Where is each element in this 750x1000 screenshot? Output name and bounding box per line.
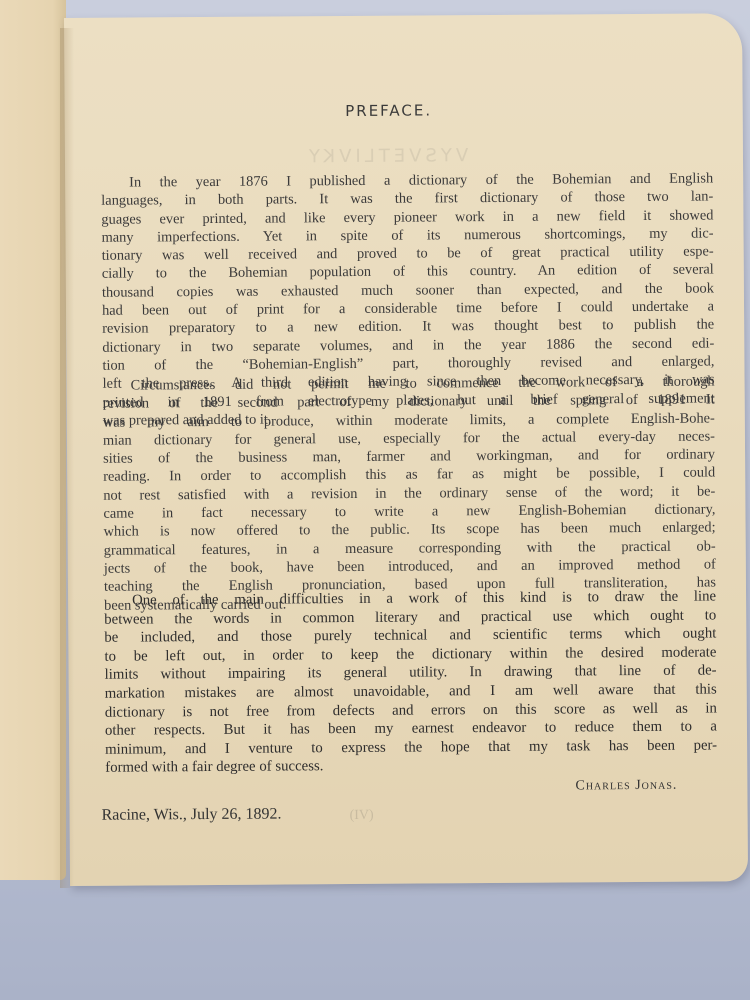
page-number: (IV): [350, 808, 374, 824]
paragraph-2: Circumstances did not permit me to comme…: [103, 372, 717, 614]
left-page-edge: [0, 0, 66, 880]
show-through-title: VYSVETLIVKY: [305, 145, 468, 167]
dateline: Racine, Wis., July 26, 1892.: [102, 806, 282, 825]
book-gutter: [60, 28, 74, 888]
book-page: PREFACE. VYSVETLIVKY In the year 1876 I …: [64, 13, 748, 886]
paragraph-3: One of the main difficulties in a work o…: [104, 587, 717, 777]
page-title: PREFACE.: [269, 101, 509, 121]
author-signature: Charles Jonas.: [575, 778, 677, 795]
text-line: formed with a fair degree of success.: [105, 755, 717, 778]
